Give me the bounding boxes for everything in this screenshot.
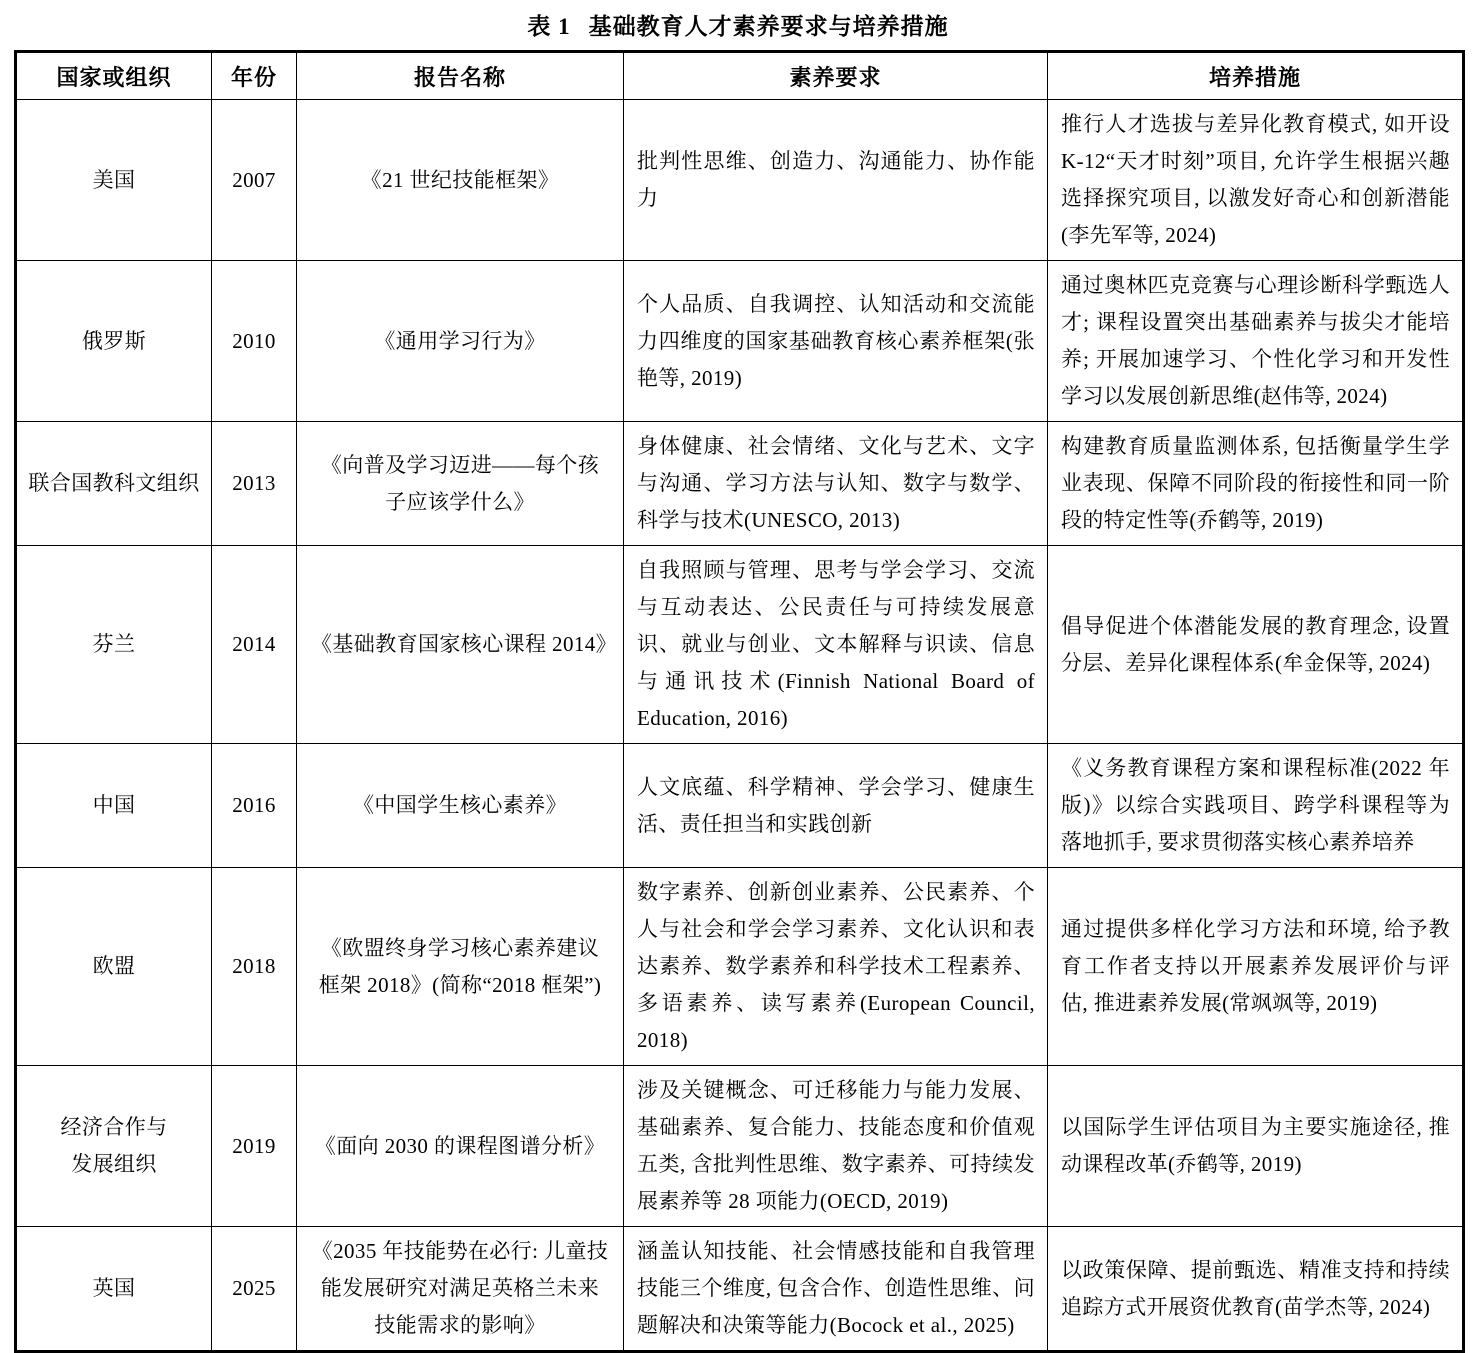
- cell-measures: 《义务教育课程方案和课程标准(2022 年版)》以综合实践项目、跨学科课程等为落…: [1048, 744, 1464, 868]
- cell-org: 芬兰: [16, 546, 212, 744]
- table-row: 欧盟 2018 《欧盟终身学习核心素养建议框架 2018》(简称“2018 框架…: [16, 868, 1464, 1066]
- table-caption: 表 1基础教育人才素养要求与培养措施: [14, 8, 1462, 41]
- cell-year: 2014: [212, 546, 297, 744]
- cell-requirements: 涵盖认知技能、社会情感技能和自我管理技能三个维度, 包含合作、创造性思维、问题解…: [624, 1227, 1048, 1352]
- cell-report: 《通用学习行为》: [297, 261, 624, 422]
- table-row: 英国 2025 《2035 年技能势在必行: 儿童技能发展研究对满足英格兰未来技…: [16, 1227, 1464, 1352]
- cell-year: 2007: [212, 100, 297, 261]
- column-header-year: 年份: [212, 52, 297, 100]
- cell-report: 《基础教育国家核心课程 2014》: [297, 546, 624, 744]
- cell-measures: 通过奥林匹克竞赛与心理诊断科学甄选人才; 课程设置突出基础素养与拔尖才能培养; …: [1048, 261, 1464, 422]
- cell-org: 英国: [16, 1227, 212, 1352]
- cell-measures: 以政策保障、提前甄选、精准支持和持续追踪方式开展资优教育(苗学杰等, 2024): [1048, 1227, 1464, 1352]
- cell-report: 《向普及学习迈进——每个孩子应该学什么》: [297, 422, 624, 546]
- table-row: 美国 2007 《21 世纪技能框架》 批判性思维、创造力、沟通能力、协作能力 …: [16, 100, 1464, 261]
- cell-year: 2025: [212, 1227, 297, 1352]
- cell-measures: 推行人才选拔与差异化教育模式, 如开设 K-12“天才时刻”项目, 允许学生根据…: [1048, 100, 1464, 261]
- cell-org: 经济合作与 发展组织: [16, 1066, 212, 1227]
- cell-year: 2018: [212, 868, 297, 1066]
- data-table: 国家或组织 年份 报告名称 素养要求 培养措施 美国 2007 《21 世纪技能…: [14, 50, 1465, 1353]
- cell-measures: 倡导促进个体潜能发展的教育理念, 设置分层、差异化课程体系(牟金保等, 2024…: [1048, 546, 1464, 744]
- cell-org: 俄罗斯: [16, 261, 212, 422]
- table-row: 经济合作与 发展组织 2019 《面向 2030 的课程图谱分析》 涉及关键概念…: [16, 1066, 1464, 1227]
- cell-requirements: 自我照顾与管理、思考与学会学习、交流与互动表达、公民责任与可持续发展意识、就业与…: [624, 546, 1048, 744]
- table-row: 芬兰 2014 《基础教育国家核心课程 2014》 自我照顾与管理、思考与学会学…: [16, 546, 1464, 744]
- cell-report: 《21 世纪技能框架》: [297, 100, 624, 261]
- cell-org: 中国: [16, 744, 212, 868]
- cell-org: 美国: [16, 100, 212, 261]
- table-row: 中国 2016 《中国学生核心素养》 人文底蕴、科学精神、学会学习、健康生活、责…: [16, 744, 1464, 868]
- cell-requirements: 涉及关键概念、可迁移能力与能力发展、基础素养、复合能力、技能态度和价值观五类, …: [624, 1066, 1048, 1227]
- cell-requirements: 人文底蕴、科学精神、学会学习、健康生活、责任担当和实践创新: [624, 744, 1048, 868]
- table-caption-title: 基础教育人才素养要求与培养措施: [589, 14, 949, 39]
- cell-org: 欧盟: [16, 868, 212, 1066]
- cell-report: 《面向 2030 的课程图谱分析》: [297, 1066, 624, 1227]
- column-header-requirements: 素养要求: [624, 52, 1048, 100]
- table-header-row: 国家或组织 年份 报告名称 素养要求 培养措施: [16, 52, 1464, 100]
- table-row: 联合国教科文组织 2013 《向普及学习迈进——每个孩子应该学什么》 身体健康、…: [16, 422, 1464, 546]
- column-header-measures: 培养措施: [1048, 52, 1464, 100]
- cell-measures: 构建教育质量监测体系, 包括衡量学生学业表现、保障不同阶段的衔接性和同一阶段的特…: [1048, 422, 1464, 546]
- cell-report: 《2035 年技能势在必行: 儿童技能发展研究对满足英格兰未来技能需求的影响》: [297, 1227, 624, 1352]
- cell-year: 2013: [212, 422, 297, 546]
- cell-report: 《欧盟终身学习核心素养建议框架 2018》(简称“2018 框架”): [297, 868, 624, 1066]
- cell-requirements: 数字素养、创新创业素养、公民素养、个人与社会和学会学习素养、文化认识和表达素养、…: [624, 868, 1048, 1066]
- column-header-report: 报告名称: [297, 52, 624, 100]
- cell-requirements: 身体健康、社会情绪、文化与艺术、文字与沟通、学习方法与认知、数字与数学、科学与技…: [624, 422, 1048, 546]
- cell-year: 2010: [212, 261, 297, 422]
- cell-year: 2019: [212, 1066, 297, 1227]
- cell-org: 联合国教科文组织: [16, 422, 212, 546]
- cell-requirements: 个人品质、自我调控、认知活动和交流能力四维度的国家基础教育核心素养框架(张艳等,…: [624, 261, 1048, 422]
- column-header-org: 国家或组织: [16, 52, 212, 100]
- cell-report: 《中国学生核心素养》: [297, 744, 624, 868]
- table-row: 俄罗斯 2010 《通用学习行为》 个人品质、自我调控、认知活动和交流能力四维度…: [16, 261, 1464, 422]
- table-caption-number: 表 1: [527, 14, 570, 39]
- cell-measures: 以国际学生评估项目为主要实施途径, 推动课程改革(乔鹤等, 2019): [1048, 1066, 1464, 1227]
- cell-year: 2016: [212, 744, 297, 868]
- cell-measures: 通过提供多样化学习方法和环境, 给予教育工作者支持以开展素养发展评价与评估, 推…: [1048, 868, 1464, 1066]
- document-page: 表 1基础教育人才素养要求与培养措施 国家或组织 年份 报告名称 素养要求 培养…: [0, 0, 1476, 1194]
- cell-requirements: 批判性思维、创造力、沟通能力、协作能力: [624, 100, 1048, 261]
